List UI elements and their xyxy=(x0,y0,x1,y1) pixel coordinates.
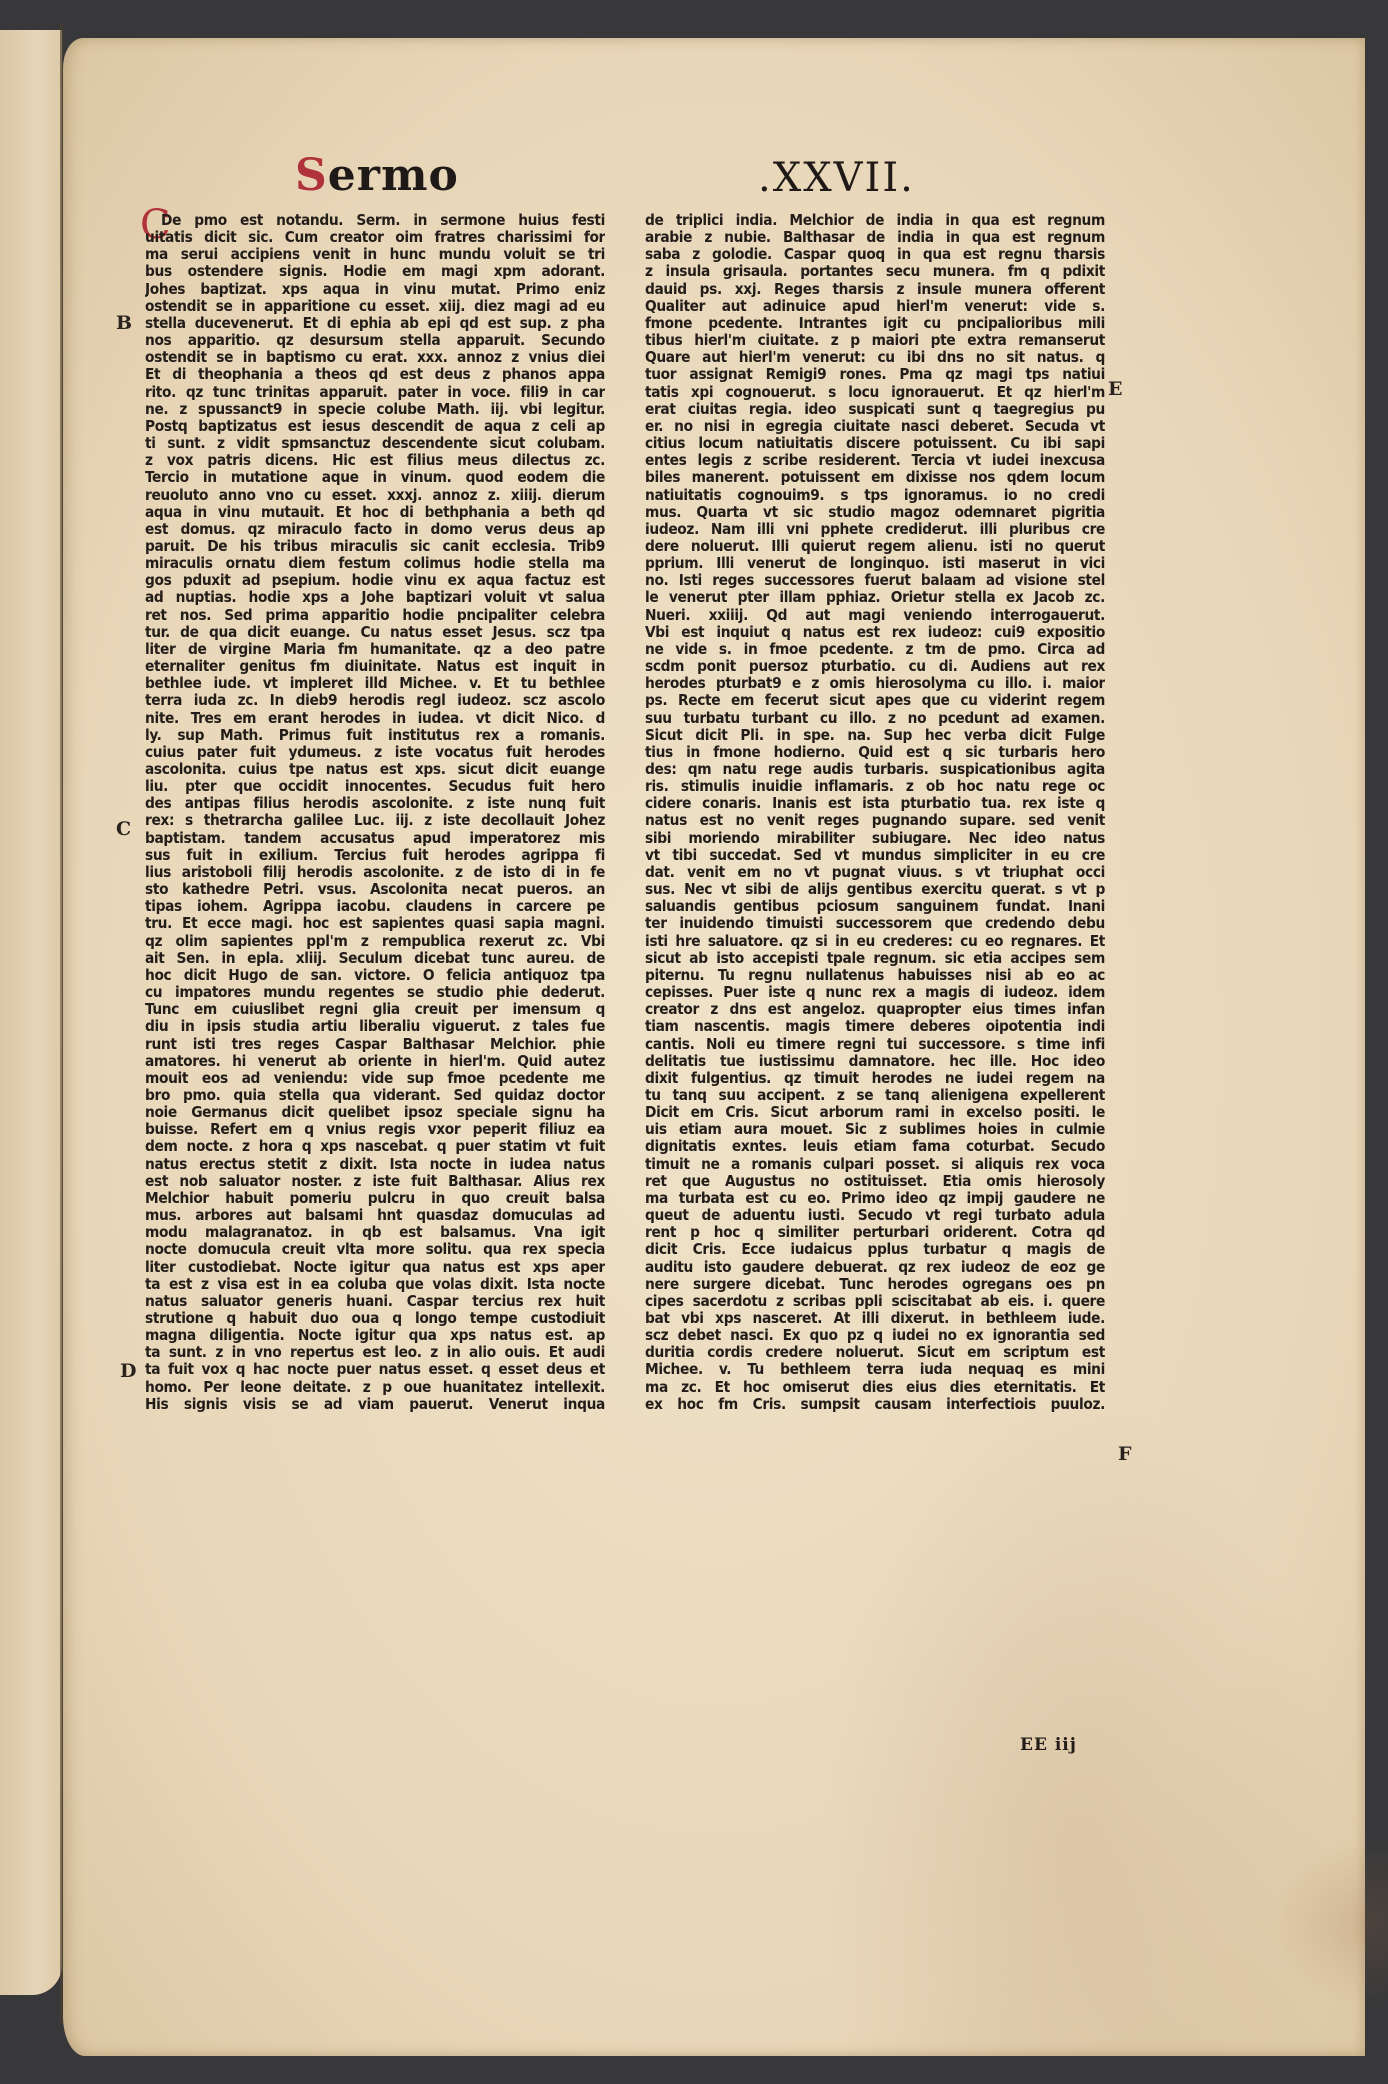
text-line: ne. z spussanct9 in specie colube Math. … xyxy=(145,401,605,418)
text-line: le venerut pter illam pphiaz. Orietur st… xyxy=(645,589,1105,606)
text-line: sto kathedre Petri. vsus. Ascolonita nec… xyxy=(145,881,605,898)
text-line: ostendit se in apparitione cu esset. xii… xyxy=(145,298,605,315)
text-line: rent p hoc q similiter perturbari orider… xyxy=(645,1224,1105,1241)
text-line: cuius pater fuit ydumeus. z iste vocatus… xyxy=(145,744,605,761)
text-line: de triplici india. Melchior de india in … xyxy=(645,212,1105,229)
text-line: no. Isti reges successores fuerut balaam… xyxy=(645,572,1105,589)
text-line: noie Germanus dicit quelibet ipsoz speci… xyxy=(145,1104,605,1121)
text-line: rito. qz tunc trinitas apparuit. pater i… xyxy=(145,384,605,401)
text-line: dere noluerut. Illi quierut regem alienu… xyxy=(645,538,1105,555)
text-line: erat ciuitas regia. ideo suspicati sunt … xyxy=(645,401,1105,418)
text-line: Postq baptizatus est iesus descendit de … xyxy=(145,418,605,435)
text-line: timuit ne a romanis culpari posset. si a… xyxy=(645,1156,1105,1173)
text-line: tuor assignat Remigi9 rones. Pma qz magi… xyxy=(645,366,1105,383)
text-line: tu tanq suu accipent. z se tanq alienige… xyxy=(645,1087,1105,1104)
text-line: tur. de qua dicit euange. Cu natus esset… xyxy=(145,624,605,641)
text-line: ps. Recte em fecerut sicut apes que cu v… xyxy=(645,692,1105,709)
text-line: miraculis ornatu diem festum colimus hod… xyxy=(145,555,605,572)
text-line: tiam nascentis. magis timere deberes oip… xyxy=(645,1018,1105,1035)
text-line: dat. venit em no vt pugnat viuus. s vt t… xyxy=(645,864,1105,881)
text-line: Johes baptizat. xps aqua in vinu mutat. … xyxy=(145,281,605,298)
text-column-left: De pmo est notandu. Serm. in sermone hui… xyxy=(145,212,605,1413)
text-line: reuoluto anno vno cu esset. xxxj. annoz … xyxy=(145,487,605,504)
text-line: delitatis tue iustissimu damnatore. hec … xyxy=(645,1053,1105,1070)
text-line: citius locum natiuitatis discere potuiss… xyxy=(645,435,1105,452)
text-line: bethlee iude. vt impleret illd Michee. v… xyxy=(145,675,605,692)
text-line: diu in ipsis studia artiu liberaliu vigu… xyxy=(145,1018,605,1035)
text-line: tru. Et ecce magi. hoc est sapientes qua… xyxy=(145,915,605,932)
text-line: sus fuit in exilium. Tercius fuit herode… xyxy=(145,847,605,864)
text-line: Tunc em cuiuslibet regni glia creuit per… xyxy=(145,1001,605,1018)
text-line: biles manerent. potuissent em dixisse no… xyxy=(645,469,1105,486)
text-line: natus saluator generis huani. Caspar ter… xyxy=(145,1293,605,1310)
text-line: mus. arbores aut balsami hnt quasdaz dom… xyxy=(145,1207,605,1224)
text-line: natus est no venit reges pugnando supare… xyxy=(645,812,1105,829)
text-line: mouit eos ad veniendu: vide sup fmoe pce… xyxy=(145,1070,605,1087)
text-line: tius in fmone hodierno. Quid est q sic t… xyxy=(645,744,1105,761)
text-line: ma zc. Et hoc omiserut dies eius dies et… xyxy=(645,1379,1105,1396)
text-line: herodes pturbat9 e z omis hierosolyma cu… xyxy=(645,675,1105,692)
text-line: saluandis gentibus pciosum sanguinem fun… xyxy=(645,898,1105,915)
text-line: paruit. De his tribus miraculis sic cani… xyxy=(145,538,605,555)
text-line: stella ducevenerut. Et di ephia ab epi q… xyxy=(145,315,605,332)
text-line: uitatis dicit sic. Cum creator oim fratr… xyxy=(145,229,605,246)
text-line: aqua in vinu mutauit. Et hoc di bethphan… xyxy=(145,504,605,521)
text-line: natus erectus stetit z dixit. Ista nocte… xyxy=(145,1156,605,1173)
text-line: rex: s thetrarcha galilee Luc. iij. z is… xyxy=(145,812,605,829)
text-line: suu turbatu turbant cu illo. z no pcedun… xyxy=(645,710,1105,727)
text-line: ret nos. Sed prima apparitio hodie pncip… xyxy=(145,607,605,624)
text-line: nos apparitio. qz desursum stella apparu… xyxy=(145,332,605,349)
text-line: sicut ab isto accepisti tpale regnum. si… xyxy=(645,950,1105,967)
text-line: ris. stimulis inuidie inflamaris. z ob h… xyxy=(645,778,1105,795)
text-line: tipas iohem. Agrippa iacobu. claudens in… xyxy=(145,898,605,915)
text-line: cidere conaris. Inanis est ista pturbati… xyxy=(645,795,1105,812)
text-line: buisse. Refert em q vnius regis vxor pep… xyxy=(145,1121,605,1138)
text-line: scz debet nasci. Ex quo pz q iudei no ex… xyxy=(645,1327,1105,1344)
text-line: Michee. v. Tu bethleem terra iuda nequaq… xyxy=(645,1361,1105,1378)
text-line: cantis. Noli eu timere regni tui success… xyxy=(645,1036,1105,1053)
title-text: ermo xyxy=(328,150,459,201)
text-line: natiuitatis cognouim9. s tps ignoramus. … xyxy=(645,487,1105,504)
text-line: cipes sacerdotu z scribas ppli sciscitab… xyxy=(645,1293,1105,1310)
text-line: nite. Tres em erant herodes in iudea. vt… xyxy=(145,710,605,727)
text-line: His signis visis se ad viam pauerut. Ven… xyxy=(145,1396,605,1413)
text-line: ostendit se in baptismo cu erat. xxx. an… xyxy=(145,349,605,366)
text-line: Tercio in mutatione aque in vinum. quod … xyxy=(145,469,605,486)
text-line: Sicut dicit Pli. in spe. na. Sup hec ver… xyxy=(645,727,1105,744)
text-line: er. no nisi in egregia ciuitate nasci de… xyxy=(645,418,1105,435)
facing-page-edge xyxy=(0,30,62,1995)
text-line: Quare aut hierl'm venerut: cu ibi dns no… xyxy=(645,349,1105,366)
text-line: baptistam. tandem accusatus apud imperat… xyxy=(145,830,605,847)
text-line: tibus hierl'm ciuitate. z p maiori pte e… xyxy=(645,332,1105,349)
text-line: De pmo est notandu. Serm. in sermone hui… xyxy=(145,212,605,229)
text-line: liter de virgine Maria fm humanitate. qz… xyxy=(145,641,605,658)
text-line: Dicit em Cris. Sicut arborum rami in exc… xyxy=(645,1104,1105,1121)
text-line: iudeoz. Nam illi vni pphete crediderut. … xyxy=(645,521,1105,538)
text-line: ti sunt. z vidit spmsanctuz descendente … xyxy=(145,435,605,452)
text-line: eternaliter genitus fm diuinitate. Natus… xyxy=(145,658,605,675)
margin-letter-b: B xyxy=(116,312,132,334)
text-line: saba z golodie. Caspar quoq in qua est r… xyxy=(645,246,1105,263)
text-line: est nob saluator noster. z iste fuit Bal… xyxy=(145,1173,605,1190)
text-line: hoc dicit Hugo de san. victore. O felici… xyxy=(145,967,605,984)
text-line: terra iuda zc. In dieb9 herodis regl iud… xyxy=(145,692,605,709)
text-line: magna diligentia. Nocte igitur qua xps n… xyxy=(145,1327,605,1344)
text-line: ma serui accipiens venit in hunc mundu v… xyxy=(145,246,605,263)
text-line: strutione q habuit duo oua q longo tempe… xyxy=(145,1310,605,1327)
text-line: ta est z visa est in ea coluba que volas… xyxy=(145,1276,605,1293)
text-line: vt tibi succedat. Sed vt mundus simplici… xyxy=(645,847,1105,864)
text-line: scdm ponit puersoz pturbatio. cu di. Aud… xyxy=(645,658,1105,675)
text-line: Nueri. xxiiij. Qd aut magi veniendo inte… xyxy=(645,607,1105,624)
text-line: des antipas filius herodis ascolonite. z… xyxy=(145,795,605,812)
text-line: mus. Quarta vt sic studio magoz odemnare… xyxy=(645,504,1105,521)
text-line: nocte domucula creuit vlta more solitu. … xyxy=(145,1241,605,1258)
text-line: bus ostendere signis. Hodie em magi xpm … xyxy=(145,263,605,280)
text-line: pprium. Illi venerut de longinquo. isti … xyxy=(645,555,1105,572)
margin-letter-d: D xyxy=(120,1360,136,1382)
text-line: gos pduxit ad psepium. hodie vinu ex aqu… xyxy=(145,572,605,589)
text-line: z insula grisaula. portantes secu munera… xyxy=(645,263,1105,280)
text-line: creator z dns est angeloz. quapropter ei… xyxy=(645,1001,1105,1018)
text-line: auditu isto gaudere debuerat. qz rex iud… xyxy=(645,1259,1105,1276)
text-line: Et di theophania a theos qd est deus z p… xyxy=(145,366,605,383)
text-line: ad nuptias. hodie xps a Johe baptizari v… xyxy=(145,589,605,606)
text-line: dicit Cris. Ecce iudaicus pplus turbatur… xyxy=(645,1241,1105,1258)
text-line: ex hoc fm Cris. sumpsit causam interfect… xyxy=(645,1396,1105,1413)
text-line: ait Sen. in epla. xliij. Seculum dicebat… xyxy=(145,950,605,967)
margin-letter-f: F xyxy=(1118,1443,1132,1465)
text-line: isti hre saluatore. qz si in eu crederes… xyxy=(645,933,1105,950)
text-line: dignitatis exntes. leuis etiam fama cotu… xyxy=(645,1138,1105,1155)
text-line: ter inuidendo timuisti successorem que c… xyxy=(645,915,1105,932)
text-line: cepisses. Puer iste q nunc rex a magis d… xyxy=(645,984,1105,1001)
text-line: runt isti tres reges Caspar Balthasar Me… xyxy=(145,1036,605,1053)
title-rubric-initial: S xyxy=(295,150,328,201)
text-line: fmone pcedente. Intrantes igit cu pncipa… xyxy=(645,315,1105,332)
text-line: homo. Per leone deitate. z p oue huanita… xyxy=(145,1379,605,1396)
text-line: bat vbi xps nasceret. At illi dixerut. i… xyxy=(645,1310,1105,1327)
text-line: cu impatores mundu regentes se studio ph… xyxy=(145,984,605,1001)
text-line: des: qm natu rege audis turbaris. suspic… xyxy=(645,761,1105,778)
text-line: entes legis z scribe residerent. Tercia … xyxy=(645,452,1105,469)
text-line: dixit fulgentius. qz timuit herodes ne i… xyxy=(645,1070,1105,1087)
text-line: ta fuit vox q hac nocte puer natus esset… xyxy=(145,1361,605,1378)
text-line: ret que Augustus no ostituisset. Etia om… xyxy=(645,1173,1105,1190)
text-line: dem nocte. z hora q xps nascebat. q puer… xyxy=(145,1138,605,1155)
text-line: liter custodiebat. Nocte igitur qua natu… xyxy=(145,1259,605,1276)
text-line: piternu. Tu regnu nullatenus habuisses n… xyxy=(645,967,1105,984)
text-line: amatores. hi venerut ab oriente in hierl… xyxy=(145,1053,605,1070)
text-line: nere surgere dicebat. Tunc herodes ogreg… xyxy=(645,1276,1105,1293)
text-line: modu malagranatoz. in qb est balsamus. V… xyxy=(145,1224,605,1241)
text-line: ne vide s. in fmoe pcedente. z tm de pmo… xyxy=(645,641,1105,658)
text-column-right: de triplici india. Melchior de india in … xyxy=(645,212,1105,1413)
text-line: dauid ps. xxj. Reges tharsis z insule mu… xyxy=(645,281,1105,298)
sermon-number: .XXVII. xyxy=(758,155,915,201)
text-line: duritia cordis credere noluerut. Sicut e… xyxy=(645,1344,1105,1361)
text-line: Qualiter aut adinuice apud hierl'm vener… xyxy=(645,298,1105,315)
signature-mark: EE iij xyxy=(1020,1735,1077,1755)
running-head-title: Sermo xyxy=(295,150,459,201)
margin-letter-e: E xyxy=(1108,378,1122,400)
text-line: liu. pter que occidit innocentes. Secudu… xyxy=(145,778,605,795)
text-line: Vbi est inquiut q natus est rex iudeoz: … xyxy=(645,624,1105,641)
text-line: qz olim sapientes ppl'm z rempublica rex… xyxy=(145,933,605,950)
text-line: lius aristoboli filij herodis ascolonite… xyxy=(145,864,605,881)
text-line: ma turbata est cu eo. Primo ideo qz impi… xyxy=(645,1190,1105,1207)
margin-letter-c: C xyxy=(116,818,131,840)
water-stain xyxy=(1273,1838,1388,2008)
text-line: ascolonita. cuius tpe natus est xps. sic… xyxy=(145,761,605,778)
text-line: sibi moriendo mirabiliter subiugare. Nec… xyxy=(645,830,1105,847)
text-line: bro pmo. quia stella qua viderant. Sed q… xyxy=(145,1087,605,1104)
text-line: sus. Nec vt sibi de alijs gentibus exerc… xyxy=(645,881,1105,898)
text-line: arabie z nubie. Balthasar de india in qu… xyxy=(645,229,1105,246)
text-line: tatis xpi cognouerut. s locu ignorauerut… xyxy=(645,384,1105,401)
text-line: queut de aduentu iusti. Secudo vt regi t… xyxy=(645,1207,1105,1224)
text-line: uis etiam aura mouet. Sic z sublimes hoi… xyxy=(645,1121,1105,1138)
text-line: ly. sup Math. Primus fuit institutus rex… xyxy=(145,727,605,744)
text-line: z vox patris dicens. Hic est filius meus… xyxy=(145,452,605,469)
text-line: est domus. qz miraculo facto in domo ver… xyxy=(145,521,605,538)
text-line: ta sunt. z in vno repertus est leo. z in… xyxy=(145,1344,605,1361)
text-line: Melchior habuit pomeriu pulcru in quo cr… xyxy=(145,1190,605,1207)
